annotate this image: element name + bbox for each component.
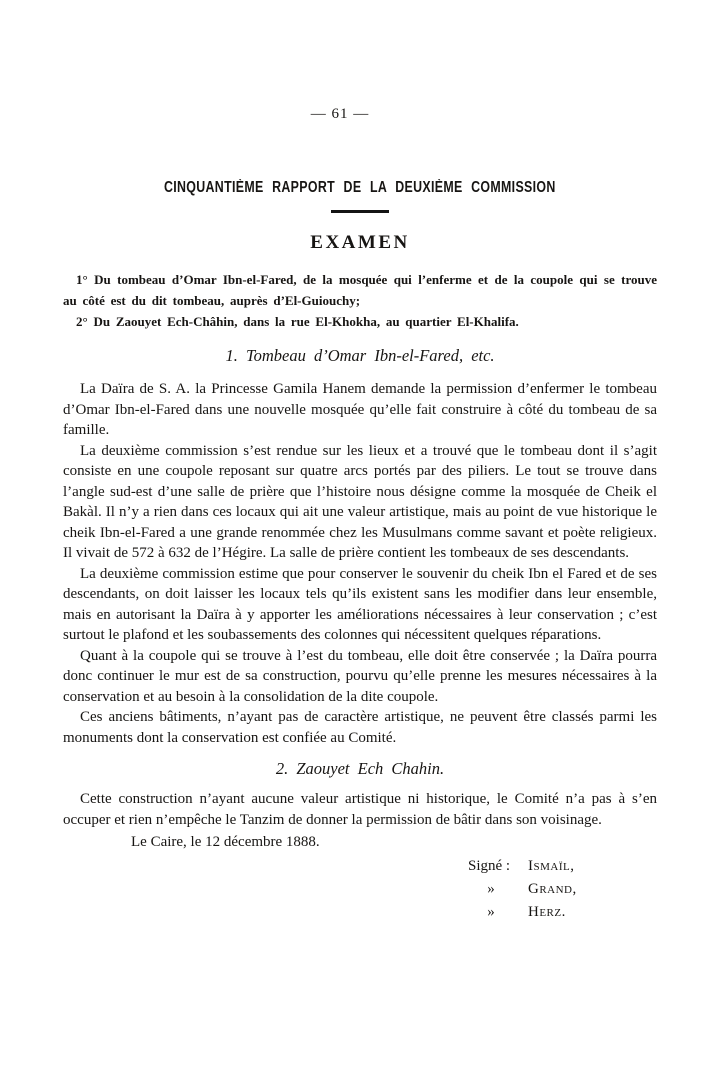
section1-body: La Daïra de S. A. la Princesse Gamila Ha… <box>63 379 657 748</box>
section2-heading: 2. Zaouyet Ech Chahin. <box>63 759 657 779</box>
ditto-mark: » <box>468 901 528 924</box>
signature-row: » Herz. <box>468 901 657 924</box>
intro-items: 1° Du tombeau d’Omar Ibn-el-Fared, de la… <box>63 269 657 332</box>
signature-row: Signé : Ismaïl, <box>468 855 657 878</box>
section2-paragraph-1: Cette construction n’ayant aucune valeur… <box>63 789 657 830</box>
report-title: CINQUANTIÈME RAPPORT DE LA DEUXIÈME COMM… <box>164 179 556 197</box>
ditto-mark: » <box>468 878 528 901</box>
report-title-wrap: CINQUANTIÈME RAPPORT DE LA DEUXIÈME COMM… <box>63 179 657 197</box>
title-divider-rule <box>331 210 389 213</box>
page-number: — 61 — <box>43 106 637 123</box>
signatory-name-3: Herz. <box>528 901 566 924</box>
section1-paragraph-1: La Daïra de S. A. la Princesse Gamila Ha… <box>63 379 657 441</box>
signature-ditto-col: » <box>468 878 528 901</box>
section2-body: Cette construction n’ayant aucune valeur… <box>63 789 657 830</box>
dateline: Le Caire, le 12 décembre 1888. <box>63 832 657 853</box>
signature-label-col: Signé : <box>468 855 528 878</box>
signature-row: » Grand, <box>468 878 657 901</box>
signatory-name-2: Grand, <box>528 878 577 901</box>
scanned-document-page: — 61 — CINQUANTIÈME RAPPORT DE LA DEUXIÈ… <box>0 0 720 1065</box>
intro-item-2: 2° Du Zaouyet Ech-Châhin, dans la rue El… <box>63 311 657 332</box>
signature-block: Signé : Ismaïl, » Grand, » Herz. <box>468 855 657 924</box>
section1-paragraph-3: La deuxième commission estime que pour c… <box>63 564 657 646</box>
signature-ditto-col: » <box>468 901 528 924</box>
signatory-name-1: Ismaïl, <box>528 855 574 878</box>
signature-label: Signé : <box>468 855 528 878</box>
section1-paragraph-5: Ces anciens bâtiments, n’ayant pas de ca… <box>63 707 657 748</box>
intro-item-1: 1° Du tombeau d’Omar Ibn-el-Fared, de la… <box>63 269 657 311</box>
page-content: — 61 — CINQUANTIÈME RAPPORT DE LA DEUXIÈ… <box>0 0 720 924</box>
examen-heading: EXAMEN <box>63 232 657 254</box>
section1-paragraph-4: Quant à la coupole qui se trouve à l’est… <box>63 646 657 708</box>
section1-heading: 1. Tombeau d’Omar Ibn-el-Fared, etc. <box>63 346 657 366</box>
section1-paragraph-2: La deuxième commission s’est rendue sur … <box>63 441 657 564</box>
